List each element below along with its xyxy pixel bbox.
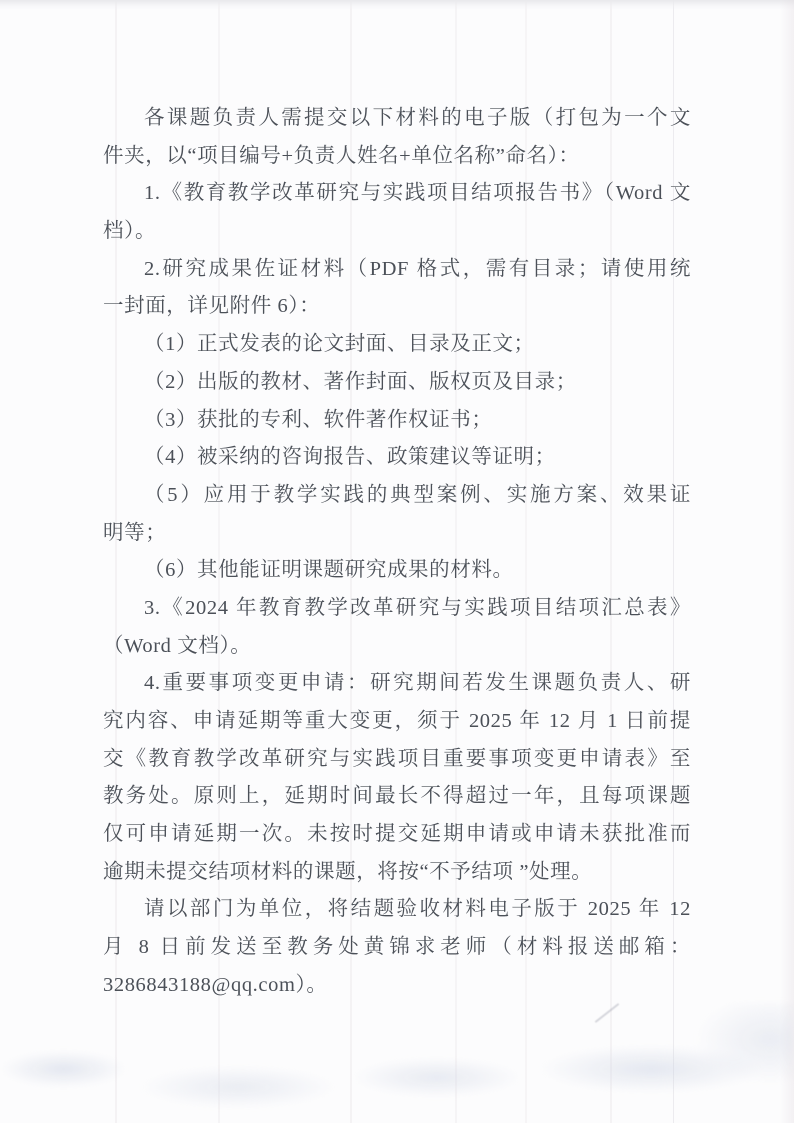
text-line: 一封面，详见附件 6）： — [103, 288, 691, 326]
document-page: 各课题负责人需提交以下材料的电子版（打包为一个文 件夹，以“项目编号+负责人姓名… — [0, 0, 794, 1123]
text-line: 月 8 日前发送至教务处黄锦求老师（材料报送邮箱： — [103, 929, 691, 967]
text-line: 2.研究成果佐证材料（PDF 格式，需有目录；请使用统 — [103, 251, 691, 289]
text-line: 3286843188@qq.com）。 — [103, 967, 691, 1005]
text-line: 仅可申请延期一次。未按时提交延期申请或申请未获批准而 — [103, 816, 691, 854]
text-line: （1）正式发表的论文封面、目录及正文； — [103, 326, 691, 364]
text-line: 交《教育教学改革研究与实践项目重要事项变更申请表》至 — [103, 741, 691, 779]
text-line: 3.《2024 年教育教学改革研究与实践项目结项汇总表》 — [103, 590, 691, 628]
text-line: （4）被采纳的咨询报告、政策建议等证明； — [103, 439, 691, 477]
text-line: （Word 文档）。 — [103, 628, 691, 666]
text-line: 逾期未提交结项材料的课题，将按“不予结项 ”处理。 — [103, 854, 691, 892]
text-line: 1.《教育教学改革研究与实践项目结项报告书》（Word 文 — [103, 175, 691, 213]
scan-right-edge-shadow — [780, 0, 794, 1123]
scan-bottom-texture — [0, 1003, 794, 1123]
text-line: （5）应用于教学实践的典型案例、实施方案、效果证 — [103, 477, 691, 515]
scan-top-edge-shadow — [0, 0, 794, 10]
text-line: （6）其他能证明课题研究成果的材料。 — [103, 552, 691, 590]
text-line: 4.重要事项变更申请：研究期间若发生课题负责人、研 — [103, 665, 691, 703]
text-line: 究内容、申请延期等重大变更，须于 2025 年 12 月 1 日前提 — [103, 703, 691, 741]
text-line: 请以部门为单位，将结题验收材料电子版于 2025 年 12 — [103, 891, 691, 929]
scan-pencil-mark-artifact — [595, 1003, 620, 1023]
text-line: 教务处。原则上，延期时间最长不得超过一年，且每项课题 — [103, 778, 691, 816]
text-line: （2）出版的教材、著作封面、版权页及目录； — [103, 364, 691, 402]
text-line: 明等； — [103, 515, 691, 553]
text-line: 档）。 — [103, 213, 691, 251]
text-line: 各课题负责人需提交以下材料的电子版（打包为一个文 — [103, 100, 691, 138]
text-line: （3）获批的专利、软件著作权证书； — [103, 402, 691, 440]
text-line: 件夹，以“项目编号+负责人姓名+单位名称”命名）： — [103, 138, 691, 176]
document-body-text: 各课题负责人需提交以下材料的电子版（打包为一个文 件夹，以“项目编号+负责人姓名… — [103, 100, 691, 1005]
